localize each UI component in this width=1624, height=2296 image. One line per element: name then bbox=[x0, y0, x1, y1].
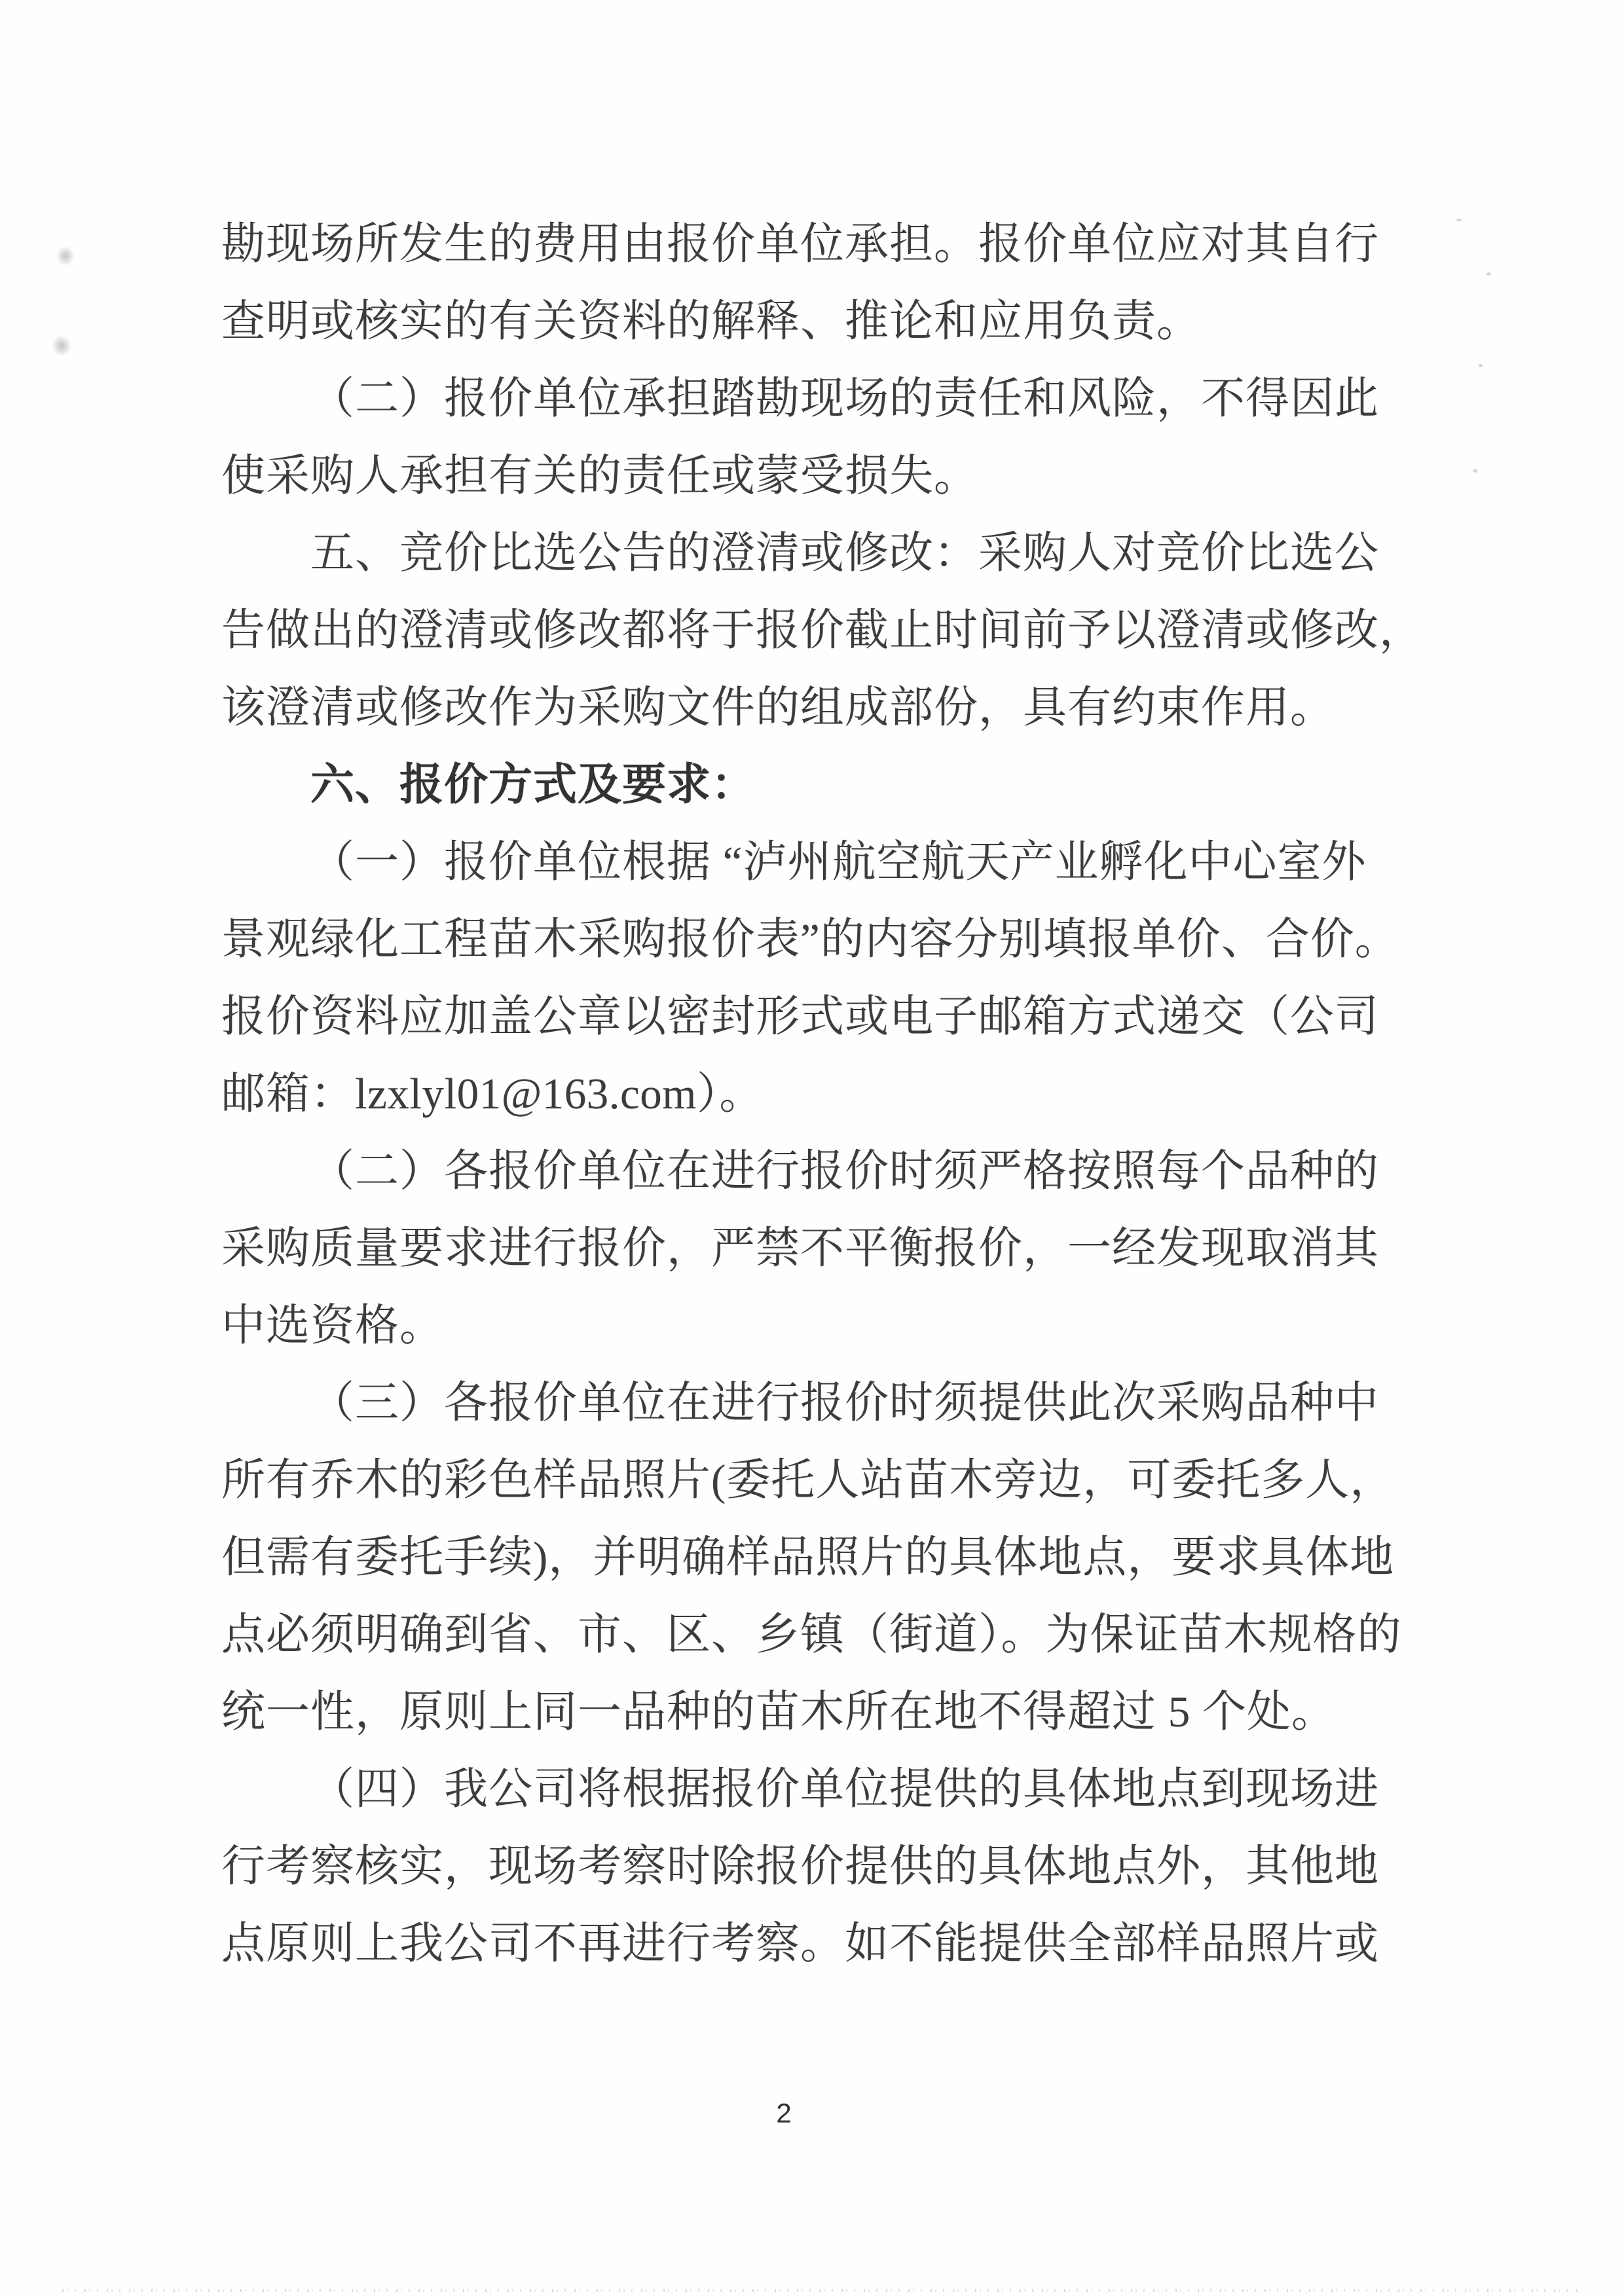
text-line-10: 景观绿化工程苗木采购报价表”的内容分别填报单价、合价。 bbox=[221, 901, 1400, 978]
text-line-23: 点原则上我公司不再进行考察。如不能提供全部样品照片或 bbox=[221, 1905, 1400, 1982]
page-number: 2 bbox=[0, 2094, 1568, 2133]
scan-speck bbox=[1456, 219, 1462, 221]
text-line-5: 五、竞价比选公告的澄清或修改：采购人对竞价比选公 bbox=[221, 515, 1400, 592]
scan-speck bbox=[1486, 272, 1491, 276]
text-line-14: 采购质量要求进行报价，严禁不平衡报价，一经发现取消其 bbox=[221, 1210, 1400, 1287]
scan-speck bbox=[1479, 364, 1483, 367]
text-line-7: 该澄清或修改作为采购文件的组成部份，具有约束作用。 bbox=[221, 669, 1400, 746]
email-label: 邮箱： bbox=[221, 1070, 355, 1118]
scanner-noise-artifact bbox=[62, 2289, 1581, 2292]
scan-speck bbox=[1473, 469, 1477, 473]
text-line-6: 告做出的澄清或修改都将于报价截止时间前予以澄清或修改， bbox=[221, 592, 1400, 669]
document-body: 勘现场所发生的费用由报价单位承担。报价单位应对其自行查明或核实的有关资料的解释、… bbox=[221, 206, 1400, 1982]
text-line-13: （二）各报价单位在进行报价时须严格按照每个品种的 bbox=[221, 1133, 1400, 1210]
text-line-18: 但需有委托手续)，并明确样品照片的具体地点，要求具体地 bbox=[221, 1519, 1400, 1596]
scan-smudge bbox=[56, 246, 75, 266]
text-line-16: （三）各报价单位在进行报价时须提供此次采购品种中 bbox=[221, 1364, 1400, 1442]
email-address: lzxlyl01@163.com bbox=[355, 1070, 697, 1118]
scanned-document-page: 勘现场所发生的费用由报价单位承担。报价单位应对其自行查明或核实的有关资料的解释、… bbox=[0, 0, 1624, 2296]
scan-smudge bbox=[52, 335, 71, 356]
text-line-9: （一）报价单位根据 “泸州航空航天产业孵化中心室外 bbox=[221, 824, 1400, 901]
text-line-17: 所有乔木的彩色样品照片(委托人站苗木旁边，可委托多人， bbox=[221, 1442, 1400, 1519]
text-line-4: 使采购人承担有关的责任或蒙受损失。 bbox=[221, 437, 1400, 515]
text-line-8: 六、报价方式及要求： bbox=[221, 746, 1400, 824]
text-line-21: （四）我公司将根据报价单位提供的具体地点到现场进 bbox=[221, 1751, 1400, 1828]
text-line-11: 报价资料应加盖公章以密封形式或电子邮箱方式递交（公司 bbox=[221, 978, 1400, 1055]
text-line-1: 勘现场所发生的费用由报价单位承担。报价单位应对其自行 bbox=[221, 206, 1400, 283]
text-line-22: 行考察核实，现场考察时除报价提供的具体地点外，其他地 bbox=[221, 1828, 1400, 1905]
text-line-2: 查明或核实的有关资料的解释、推论和应用负责。 bbox=[221, 283, 1400, 360]
text-line-19: 点必须明确到省、市、区、乡镇（街道）。为保证苗木规格的 bbox=[221, 1596, 1400, 1673]
text-line-15: 中选资格。 bbox=[221, 1287, 1400, 1364]
text-line-3: （二）报价单位承担踏勘现场的责任和风险，不得因此 bbox=[221, 360, 1400, 437]
text-line-12: 邮箱：lzxlyl01@163.com）。 bbox=[221, 1055, 1400, 1133]
text-line-20: 统一性，原则上同一品种的苗木所在地不得超过 5 个处。 bbox=[221, 1673, 1400, 1751]
closing-punctuation: ）。 bbox=[697, 1070, 764, 1118]
